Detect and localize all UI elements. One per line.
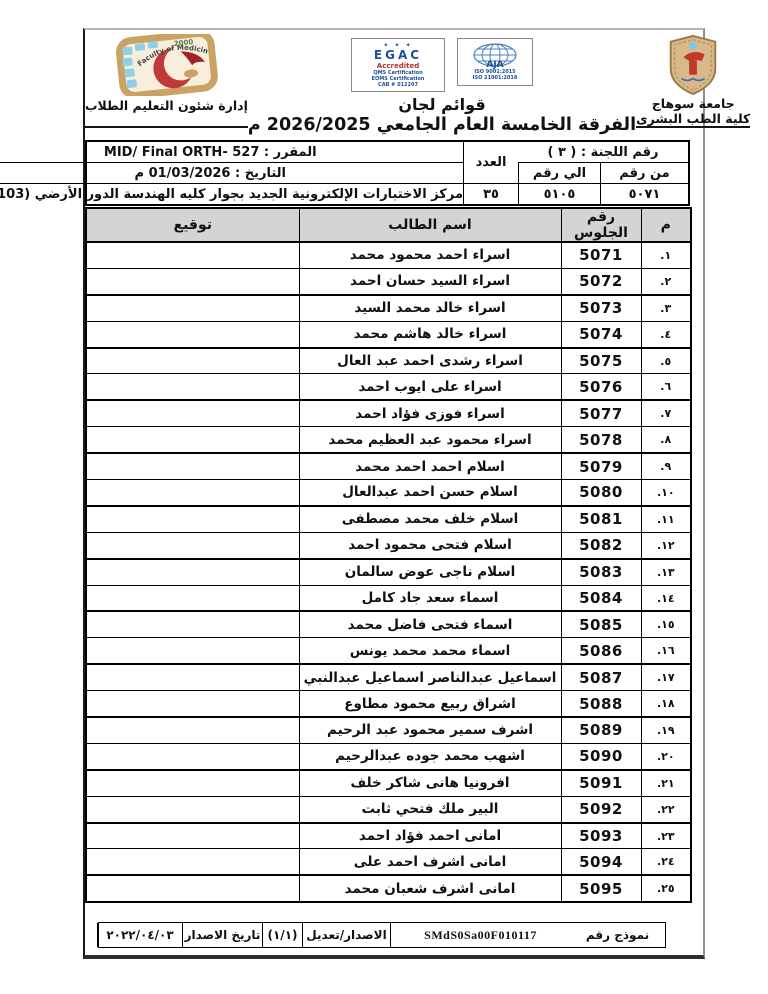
student-row: ٦. 5076 اسراء على ايوب احمد: [86, 374, 691, 400]
student-name: اسراء خالد محمد السيد: [299, 295, 561, 321]
row-number: ٢.: [641, 268, 691, 294]
egac-title: EGAC: [374, 49, 422, 62]
student-name: اسراء السيد حسان احمد: [299, 268, 561, 294]
student-row: ٢٢. 5092 البير ملك فتحي ثابت: [86, 796, 691, 822]
seat-number: 5093: [561, 823, 641, 849]
student-row: ١٤. 5084 اسماء سعد جاد كامل: [86, 585, 691, 611]
student-row: ٨. 5078 اسراء محمود عبد العظيم محمد: [86, 427, 691, 453]
accreditation-logos: ✦ ✦ ✦ EGAC Accredited QMS Certification …: [351, 38, 533, 92]
signature-cell: [86, 268, 299, 294]
row-number: ١١.: [641, 506, 691, 532]
student-row: ١٣. 5083 اسلام ناجى عوض سالمان: [86, 559, 691, 585]
student-name: اسماء سعد جاد كامل: [299, 585, 561, 611]
student-name: امانى اشرف احمد على: [299, 849, 561, 875]
student-name: افرونيا هانى شاكر خلف: [299, 770, 561, 796]
student-name: اسراء على ايوب احمد: [299, 374, 561, 400]
signature-cell: [86, 823, 299, 849]
aja-accreditation-logo: AJA ISO 9001:2015 ISO 21001:2018: [457, 38, 533, 86]
student-name: اشراق ربيع محمود مطاوع: [299, 691, 561, 717]
signature-cell: [86, 664, 299, 690]
faculty-of-medicine-logo: Faculty of Medicine 2000: [110, 34, 222, 96]
issue-value: (١/١): [262, 923, 302, 947]
student-name: اسراء خالد هاشم محمد: [299, 321, 561, 347]
row-number: ١٢.: [641, 532, 691, 558]
row-number: ٧.: [641, 400, 691, 426]
student-name: اشرف سمير محمود عبد الرحيم: [299, 717, 561, 743]
student-name: امانى احمد فؤاد احمد: [299, 823, 561, 849]
course-field: المقرر : MID/ Final ORTH- 527: [0, 142, 463, 163]
seat-number: 5090: [561, 743, 641, 769]
document-subtitle: الفرقة الخامسة العام الجامعي 2026/2025 م: [248, 114, 636, 136]
row-number: ٥.: [641, 348, 691, 374]
seat-number: 5078: [561, 427, 641, 453]
seat-number: 5071: [561, 242, 641, 268]
row-number: ١٨.: [641, 691, 691, 717]
signature-cell: [86, 427, 299, 453]
seat-number: 5083: [561, 559, 641, 585]
seat-number: 5081: [561, 506, 641, 532]
seat-number: 5072: [561, 268, 641, 294]
seat-number: 5094: [561, 849, 641, 875]
student-name: اشهب محمد جوده عبدالرحيم: [299, 743, 561, 769]
seat-number: 5091: [561, 770, 641, 796]
signature-cell: [86, 875, 299, 901]
student-name: اسراء فوزى فؤاد احمد: [299, 400, 561, 426]
aja-globe-icon: AJA: [472, 43, 518, 69]
student-row: ٢. 5072 اسراء السيد حسان احمد: [86, 268, 691, 294]
count-label: العدد: [463, 142, 518, 184]
row-number: ٣.: [641, 295, 691, 321]
student-row: ٥. 5075 اسراء رشدى احمد عبد العال: [86, 348, 691, 374]
seat-number: 5087: [561, 664, 641, 690]
column-header-signature: توقيع: [86, 208, 299, 242]
signature-cell: [86, 717, 299, 743]
signature-cell: [86, 611, 299, 637]
student-row: ١٥. 5085 اسماء فتحى فاضل محمد: [86, 611, 691, 637]
student-name: اسماء فتحى فاضل محمد: [299, 611, 561, 637]
signature-cell: [86, 506, 299, 532]
seat-number: 5074: [561, 321, 641, 347]
seat-number: 5080: [561, 480, 641, 506]
row-number: ٨.: [641, 427, 691, 453]
signature-cell: [86, 532, 299, 558]
egac-accreditation-logo: ✦ ✦ ✦ EGAC Accredited QMS Certification …: [351, 38, 445, 92]
exam-info-table: رقم اللجنة : ( ٣ ) من رقم الي رقم ٥٠٧١ ٥…: [85, 140, 690, 206]
signature-cell: [86, 242, 299, 268]
to-seat-label: الي رقم: [518, 163, 600, 184]
row-number: ١.: [641, 242, 691, 268]
seat-number: 5086: [561, 638, 641, 664]
student-row: ١٨. 5088 اشراق ربيع محمود مطاوع: [86, 691, 691, 717]
row-number: ٤.: [641, 321, 691, 347]
student-row: ١٩. 5089 اشرف سمير محمود عبد الرحيم: [86, 717, 691, 743]
form-number-label: نموذج رقم: [570, 923, 665, 947]
university-block: جامعة سوهاج كلية الطب البشرى: [636, 34, 750, 128]
signature-cell: [86, 453, 299, 479]
aja-title: AJA: [486, 60, 503, 69]
exam-location: مركز الاختبارات الإلكترونية الجديد بجوار…: [0, 184, 463, 204]
students-table: م رقم الجلوس اسم الطالب توقيع ١. 5071 اس…: [85, 207, 692, 903]
signature-cell: [86, 743, 299, 769]
row-number: ٢٤.: [641, 849, 691, 875]
signature-cell: [86, 374, 299, 400]
column-header-seat: رقم الجلوس: [561, 208, 641, 242]
row-number: ١٦.: [641, 638, 691, 664]
to-seat-value: ٥١٠٥: [518, 184, 600, 204]
seat-number: 5076: [561, 374, 641, 400]
student-name: امانى اشرف شعبان محمد: [299, 875, 561, 901]
document-title: قوائم لجان: [398, 95, 485, 114]
row-number: ٩.: [641, 453, 691, 479]
column-header-no: م: [641, 208, 691, 242]
student-row: ٢١. 5091 افرونيا هانى شاكر خلف: [86, 770, 691, 796]
student-name: اسراء محمود عبد العظيم محمد: [299, 427, 561, 453]
student-name: اسلام ناجى عوض سالمان: [299, 559, 561, 585]
signature-cell: [86, 770, 299, 796]
student-row: ٢٠. 5090 اشهب محمد جوده عبدالرحيم: [86, 743, 691, 769]
seat-number: 5075: [561, 348, 641, 374]
egac-cert-line: CAB # 012207: [378, 82, 418, 88]
signature-cell: [86, 295, 299, 321]
aja-cert-line: ISO 21001:2018: [473, 75, 518, 81]
row-number: ٢٠.: [641, 743, 691, 769]
signature-cell: [86, 348, 299, 374]
column-header-name: اسم الطالب: [299, 208, 561, 242]
row-number: ١٥.: [641, 611, 691, 637]
student-name: اسلام احمد احمد محمد: [299, 453, 561, 479]
egac-accredited-label: Accredited: [377, 62, 419, 70]
row-number: ٦.: [641, 374, 691, 400]
signature-cell: [86, 585, 299, 611]
student-name: البير ملك فتحي ثابت: [299, 796, 561, 822]
signature-cell: [86, 691, 299, 717]
student-row: ٣. 5073 اسراء خالد محمد السيد: [86, 295, 691, 321]
row-number: ٢١.: [641, 770, 691, 796]
exam-date-field: التاريخ : 01/03/2026 م: [0, 163, 463, 184]
student-row: ١١. 5081 اسلام خلف محمد مصطفى: [86, 506, 691, 532]
signature-cell: [86, 796, 299, 822]
row-number: ١٧.: [641, 664, 691, 690]
seat-number: 5084: [561, 585, 641, 611]
document-header: Faculty of Medicine 2000 إدارة شئون التع…: [85, 34, 703, 136]
student-row: ٧. 5077 اسراء فوزى فؤاد احمد: [86, 400, 691, 426]
seat-number: 5077: [561, 400, 641, 426]
signature-cell: [86, 480, 299, 506]
student-name: اسماعيل عبدالناصر اسماعيل عبدالنبي: [299, 664, 561, 690]
row-number: ١٠.: [641, 480, 691, 506]
issue-date-value: ٢٠٢٢/٠٤/٠٣: [97, 923, 182, 947]
committee-number: رقم اللجنة : ( ٣ ): [518, 142, 688, 163]
student-name: اسلام حسن احمد عبدالعال: [299, 480, 561, 506]
student-affairs-block: Faculty of Medicine 2000 إدارة شئون التع…: [85, 34, 248, 128]
from-seat-value: ٥٠٧١: [600, 184, 688, 204]
sohag-university-logo: [664, 34, 722, 96]
student-name: اسماء محمد محمد يونس: [299, 638, 561, 664]
header-center-block: ✦ ✦ ✦ EGAC Accredited QMS Certification …: [248, 34, 636, 136]
signature-cell: [86, 849, 299, 875]
signature-cell: [86, 559, 299, 585]
issue-date-label: تاريخ الاصدار: [182, 923, 262, 947]
seat-number: 5082: [561, 532, 641, 558]
student-row: ٢٥. 5095 امانى اشرف شعبان محمد: [86, 875, 691, 901]
student-name: اسلام خلف محمد مصطفى: [299, 506, 561, 532]
row-number: ١٩.: [641, 717, 691, 743]
student-row: ١٢. 5082 اسلام فتحى محمود احمد: [86, 532, 691, 558]
student-row: ٢٣. 5093 امانى احمد فؤاد احمد: [86, 823, 691, 849]
from-seat-label: من رقم: [600, 163, 688, 184]
student-row: ١٠. 5080 اسلام حسن احمد عبدالعال: [86, 480, 691, 506]
page-frame: Faculty of Medicine 2000 إدارة شئون التع…: [83, 28, 705, 959]
seat-number: 5095: [561, 875, 641, 901]
form-footer: نموذج رقم SMdS0Sa00F010117 الاصدار/تعديل…: [98, 922, 666, 948]
seat-number: 5079: [561, 453, 641, 479]
row-number: ٢٢.: [641, 796, 691, 822]
seat-number: 5088: [561, 691, 641, 717]
student-name: اسراء احمد محمود محمد: [299, 242, 561, 268]
issue-label: الاصدار/تعديل: [302, 923, 390, 947]
student-affairs-label: إدارة شئون التعليم الطلاب: [85, 98, 248, 113]
row-number: ٢٥.: [641, 875, 691, 901]
seat-number: 5073: [561, 295, 641, 321]
student-row: ١٧. 5087 اسماعيل عبدالناصر اسماعيل عبدال…: [86, 664, 691, 690]
signature-cell: [86, 400, 299, 426]
student-row: ٩. 5079 اسلام احمد احمد محمد: [86, 453, 691, 479]
faculty-name: كلية الطب البشرى: [636, 111, 750, 126]
row-number: ١٤.: [641, 585, 691, 611]
seat-number: 5085: [561, 611, 641, 637]
form-serial: SMdS0Sa00F010117: [390, 923, 570, 947]
seat-number: 5092: [561, 796, 641, 822]
student-row: ٤. 5074 اسراء خالد هاشم محمد: [86, 321, 691, 347]
signature-cell: [86, 321, 299, 347]
student-row: ١. 5071 اسراء احمد محمود محمد: [86, 242, 691, 268]
student-row: ١٦. 5086 اسماء محمد محمد يونس: [86, 638, 691, 664]
row-number: ١٣.: [641, 559, 691, 585]
student-name: اسلام فتحى محمود احمد: [299, 532, 561, 558]
row-number: ٢٣.: [641, 823, 691, 849]
seat-number: 5089: [561, 717, 641, 743]
student-name: اسراء رشدى احمد عبد العال: [299, 348, 561, 374]
table-header-row: م رقم الجلوس اسم الطالب توقيع: [86, 208, 691, 242]
university-name: جامعة سوهاج: [652, 96, 735, 111]
count-value: ٣٥: [463, 184, 518, 204]
signature-cell: [86, 638, 299, 664]
student-row: ٢٤. 5094 امانى اشرف احمد على: [86, 849, 691, 875]
